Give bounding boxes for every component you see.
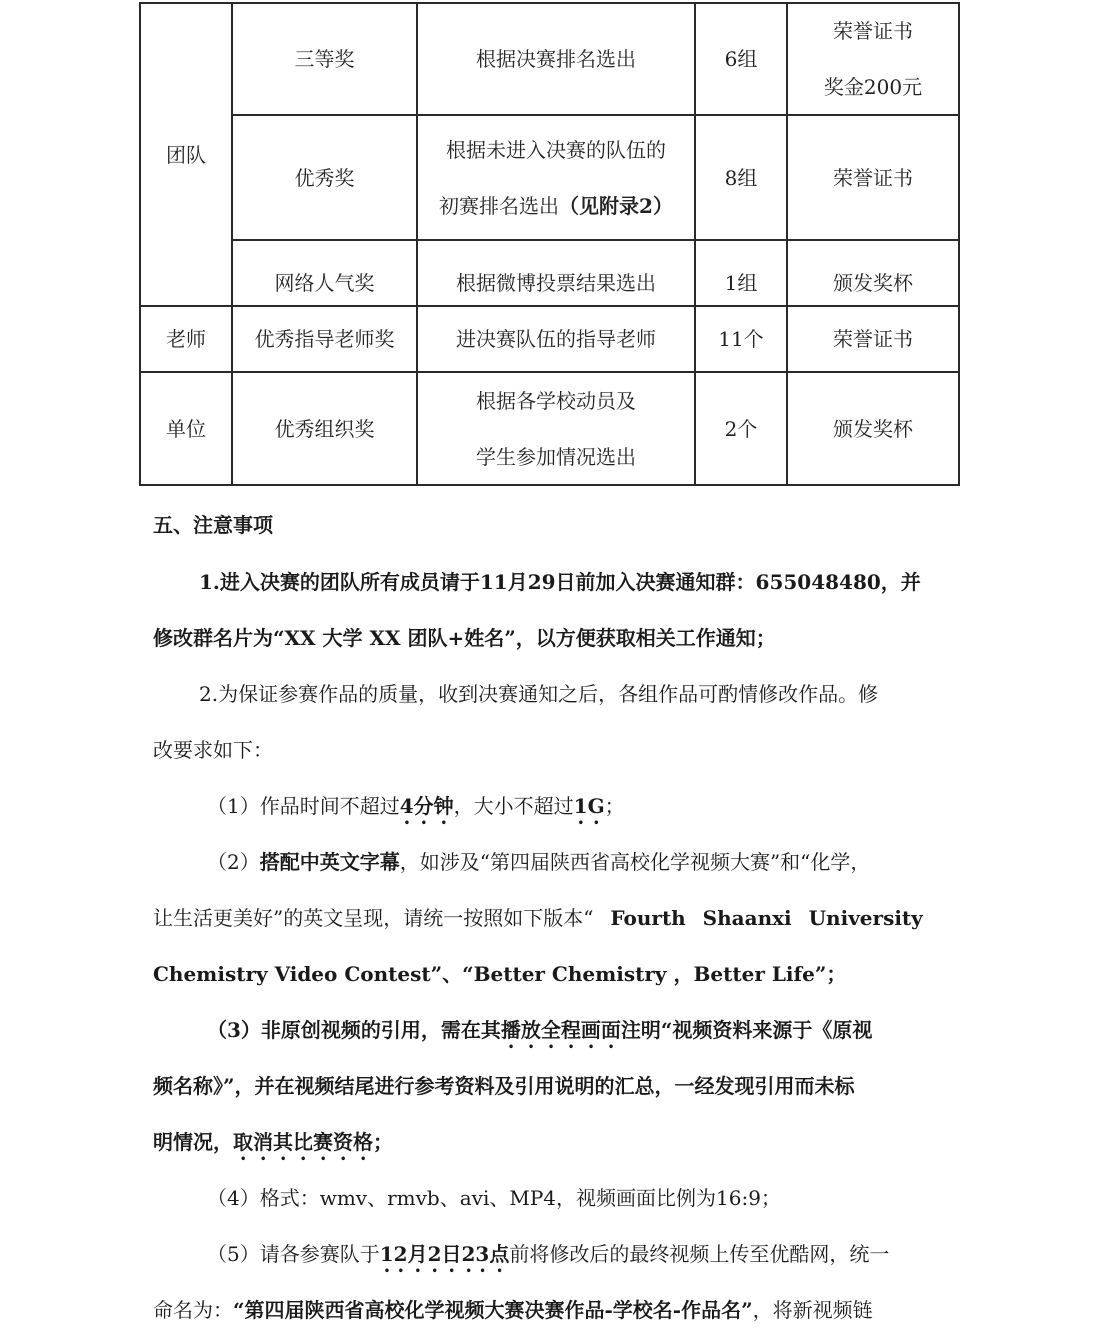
table-cell-prize: 颁发奖杯	[788, 373, 958, 484]
note-2-sub-5-line-2: 命名为：“第四届陕西省高校化学视频大赛决赛作品-学校名-作品名”，将新视频链	[153, 1294, 873, 1323]
text: ，如涉及“第四届陕西省高校化学视频大赛”和“化学，	[400, 850, 871, 874]
note-2-line-1: 2.为保证参赛作品的质量，收到决赛通知之后，各组作品可酌情修改作品。修	[199, 678, 878, 707]
criteria-text-plain: 初赛排名选出	[439, 194, 559, 218]
appendix-reference: （见附录2）	[559, 194, 673, 218]
table-cell-count: 8组	[696, 116, 786, 239]
criteria-text: 根据未进入决赛的队伍的	[446, 122, 666, 178]
english-title: Fourth Shaanxi University	[593, 906, 922, 930]
count-text: 6组	[725, 31, 758, 87]
note-2-sub-3-line-1: （3）非原创视频的引用，需在其播放全程画面注明“视频资料来源于《原视	[207, 1014, 872, 1053]
criteria-text: 学生参加情况选出	[476, 429, 636, 485]
table-cell-award: 优秀组织奖	[233, 373, 416, 484]
award-name: 优秀指导老师奖	[255, 311, 395, 367]
note-2-sub-4: （4）格式：wmv、rmvb、avi、MP4，视频画面比例为16:9；	[207, 1182, 781, 1211]
award-name: 三等奖	[295, 31, 355, 87]
table-cell-prize: 荣誉证书	[788, 307, 958, 371]
criteria-text: 根据决赛排名选出	[476, 31, 636, 87]
text: （1）作品时间不超过	[207, 794, 400, 818]
text: 明情况，	[153, 1130, 233, 1154]
table-cell-prize: 颁发奖杯	[788, 241, 958, 305]
note-2-sub-2-line-1: （2）搭配中英文字幕，如涉及“第四届陕西省高校化学视频大赛”和“化学，	[207, 846, 870, 875]
count-text: 8组	[725, 150, 758, 206]
criteria-text: 初赛排名选出（见附录2）	[439, 178, 673, 234]
award-name: 优秀组织奖	[275, 401, 375, 457]
text: ，大小不超过	[454, 794, 574, 818]
table-cell-count: 2个	[696, 373, 786, 484]
table-cell-criteria: 根据微博投票结果选出	[418, 241, 694, 305]
prize-text: 奖金200元	[824, 59, 922, 115]
table-cell-count: 1组	[696, 241, 786, 305]
note-2-sub-2-line-2: 让生活更美好”的英文呈现，请统一按照如下版本“ Fourth Shaanxi U…	[153, 902, 923, 931]
note-2-line-2: 改要求如下：	[153, 734, 273, 763]
deadline-text: 12月2日23点	[380, 1242, 510, 1266]
text: 让生活更美好”的英文呈现，请统一按照如下版本“	[153, 906, 593, 930]
table-cell-count: 6组	[696, 4, 786, 114]
text: 前将修改后的最终视频上传至优酷网，统一	[509, 1242, 889, 1266]
table-cell-criteria: 根据决赛排名选出	[418, 4, 694, 114]
emphasis-text: 播放全程画面	[501, 1018, 621, 1042]
text: 注明“视频资料来源于《原视	[621, 1018, 873, 1042]
text: ；	[605, 794, 625, 818]
table-cell-criteria: 根据未进入决赛的队伍的 初赛排名选出（见附录2）	[418, 116, 694, 239]
criteria-text: 进决赛队伍的指导老师	[456, 311, 656, 367]
emphasis-text: 4分钟	[400, 794, 454, 818]
note-2-sub-1: （1）作品时间不超过4分钟，大小不超过1G；	[207, 790, 625, 829]
naming-format: “第四届陕西省高校化学视频大赛决赛作品-学校名-作品名”	[233, 1298, 753, 1322]
award-name: 优秀奖	[295, 150, 355, 206]
prize-text: 颁发奖杯	[833, 255, 913, 311]
table-cell-count: 11个	[696, 307, 786, 371]
table-cell-category: 团队	[141, 4, 231, 305]
count-text: 1组	[725, 255, 758, 311]
prize-text: 荣誉证书	[833, 150, 913, 206]
table-cell-criteria: 根据各学校动员及 学生参加情况选出	[418, 373, 694, 484]
note-2-sub-5-line-1: （5）请各参赛队于12月2日23点前将修改后的最终视频上传至优酷网，统一	[207, 1238, 889, 1277]
award-name: 网络人气奖	[275, 255, 375, 311]
table-cell-category: 老师	[141, 307, 231, 371]
table-cell-prize: 荣誉证书	[788, 116, 958, 239]
table-cell-prize: 荣誉证书 奖金200元	[788, 4, 958, 114]
emphasis-text: 1G	[574, 794, 605, 818]
note-1-line-2: 修改群名片为“XX 大学 XX 团队+姓名”，以方便获取相关工作通知；	[153, 622, 776, 651]
table-cell-award: 优秀奖	[233, 116, 416, 239]
category-label: 单位	[166, 401, 206, 457]
category-label: 团队	[166, 127, 206, 183]
criteria-text: 根据各学校动员及	[476, 373, 636, 429]
section-heading: 五、注意事项	[153, 509, 273, 538]
table-cell-award: 网络人气奖	[233, 241, 416, 305]
emphasis-text: 取消其比赛资格	[233, 1130, 373, 1154]
count-text: 11个	[718, 311, 763, 367]
count-text: 2个	[725, 401, 758, 457]
prize-text: 荣誉证书	[833, 311, 913, 367]
text: （3）非原创视频的引用，需在其	[207, 1018, 501, 1042]
criteria-text: 根据微博投票结果选出	[456, 255, 656, 311]
note-2-sub-2-line-3: Chemistry Video Contest”、“Better Chemist…	[153, 958, 846, 987]
note-2-sub-3-line-2: 频名称》”，并在视频结尾进行参考资料及引用说明的汇总，一经发现引用而未标	[153, 1070, 855, 1099]
prize-text: 荣誉证书	[833, 3, 913, 59]
prize-text: 颁发奖杯	[833, 401, 913, 457]
table-cell-award: 三等奖	[233, 4, 416, 114]
note-2-sub-3-line-3: 明情况，取消其比赛资格；	[153, 1126, 393, 1165]
text: ；	[373, 1130, 393, 1154]
category-label: 老师	[166, 311, 206, 367]
table-cell-category: 单位	[141, 373, 231, 484]
text: （5）请各参赛队于	[207, 1242, 380, 1266]
table-cell-criteria: 进决赛队伍的指导老师	[418, 307, 694, 371]
table-cell-award: 优秀指导老师奖	[233, 307, 416, 371]
text: （2）	[207, 850, 260, 874]
note-1-line-1: 1.进入决赛的团队所有成员请于11月29日前加入决赛通知群：655048480，…	[199, 566, 921, 595]
text: ，将新视频链	[753, 1298, 873, 1322]
emphasis-text: 搭配中英文字幕	[260, 850, 400, 874]
text: 命名为：	[153, 1298, 233, 1322]
